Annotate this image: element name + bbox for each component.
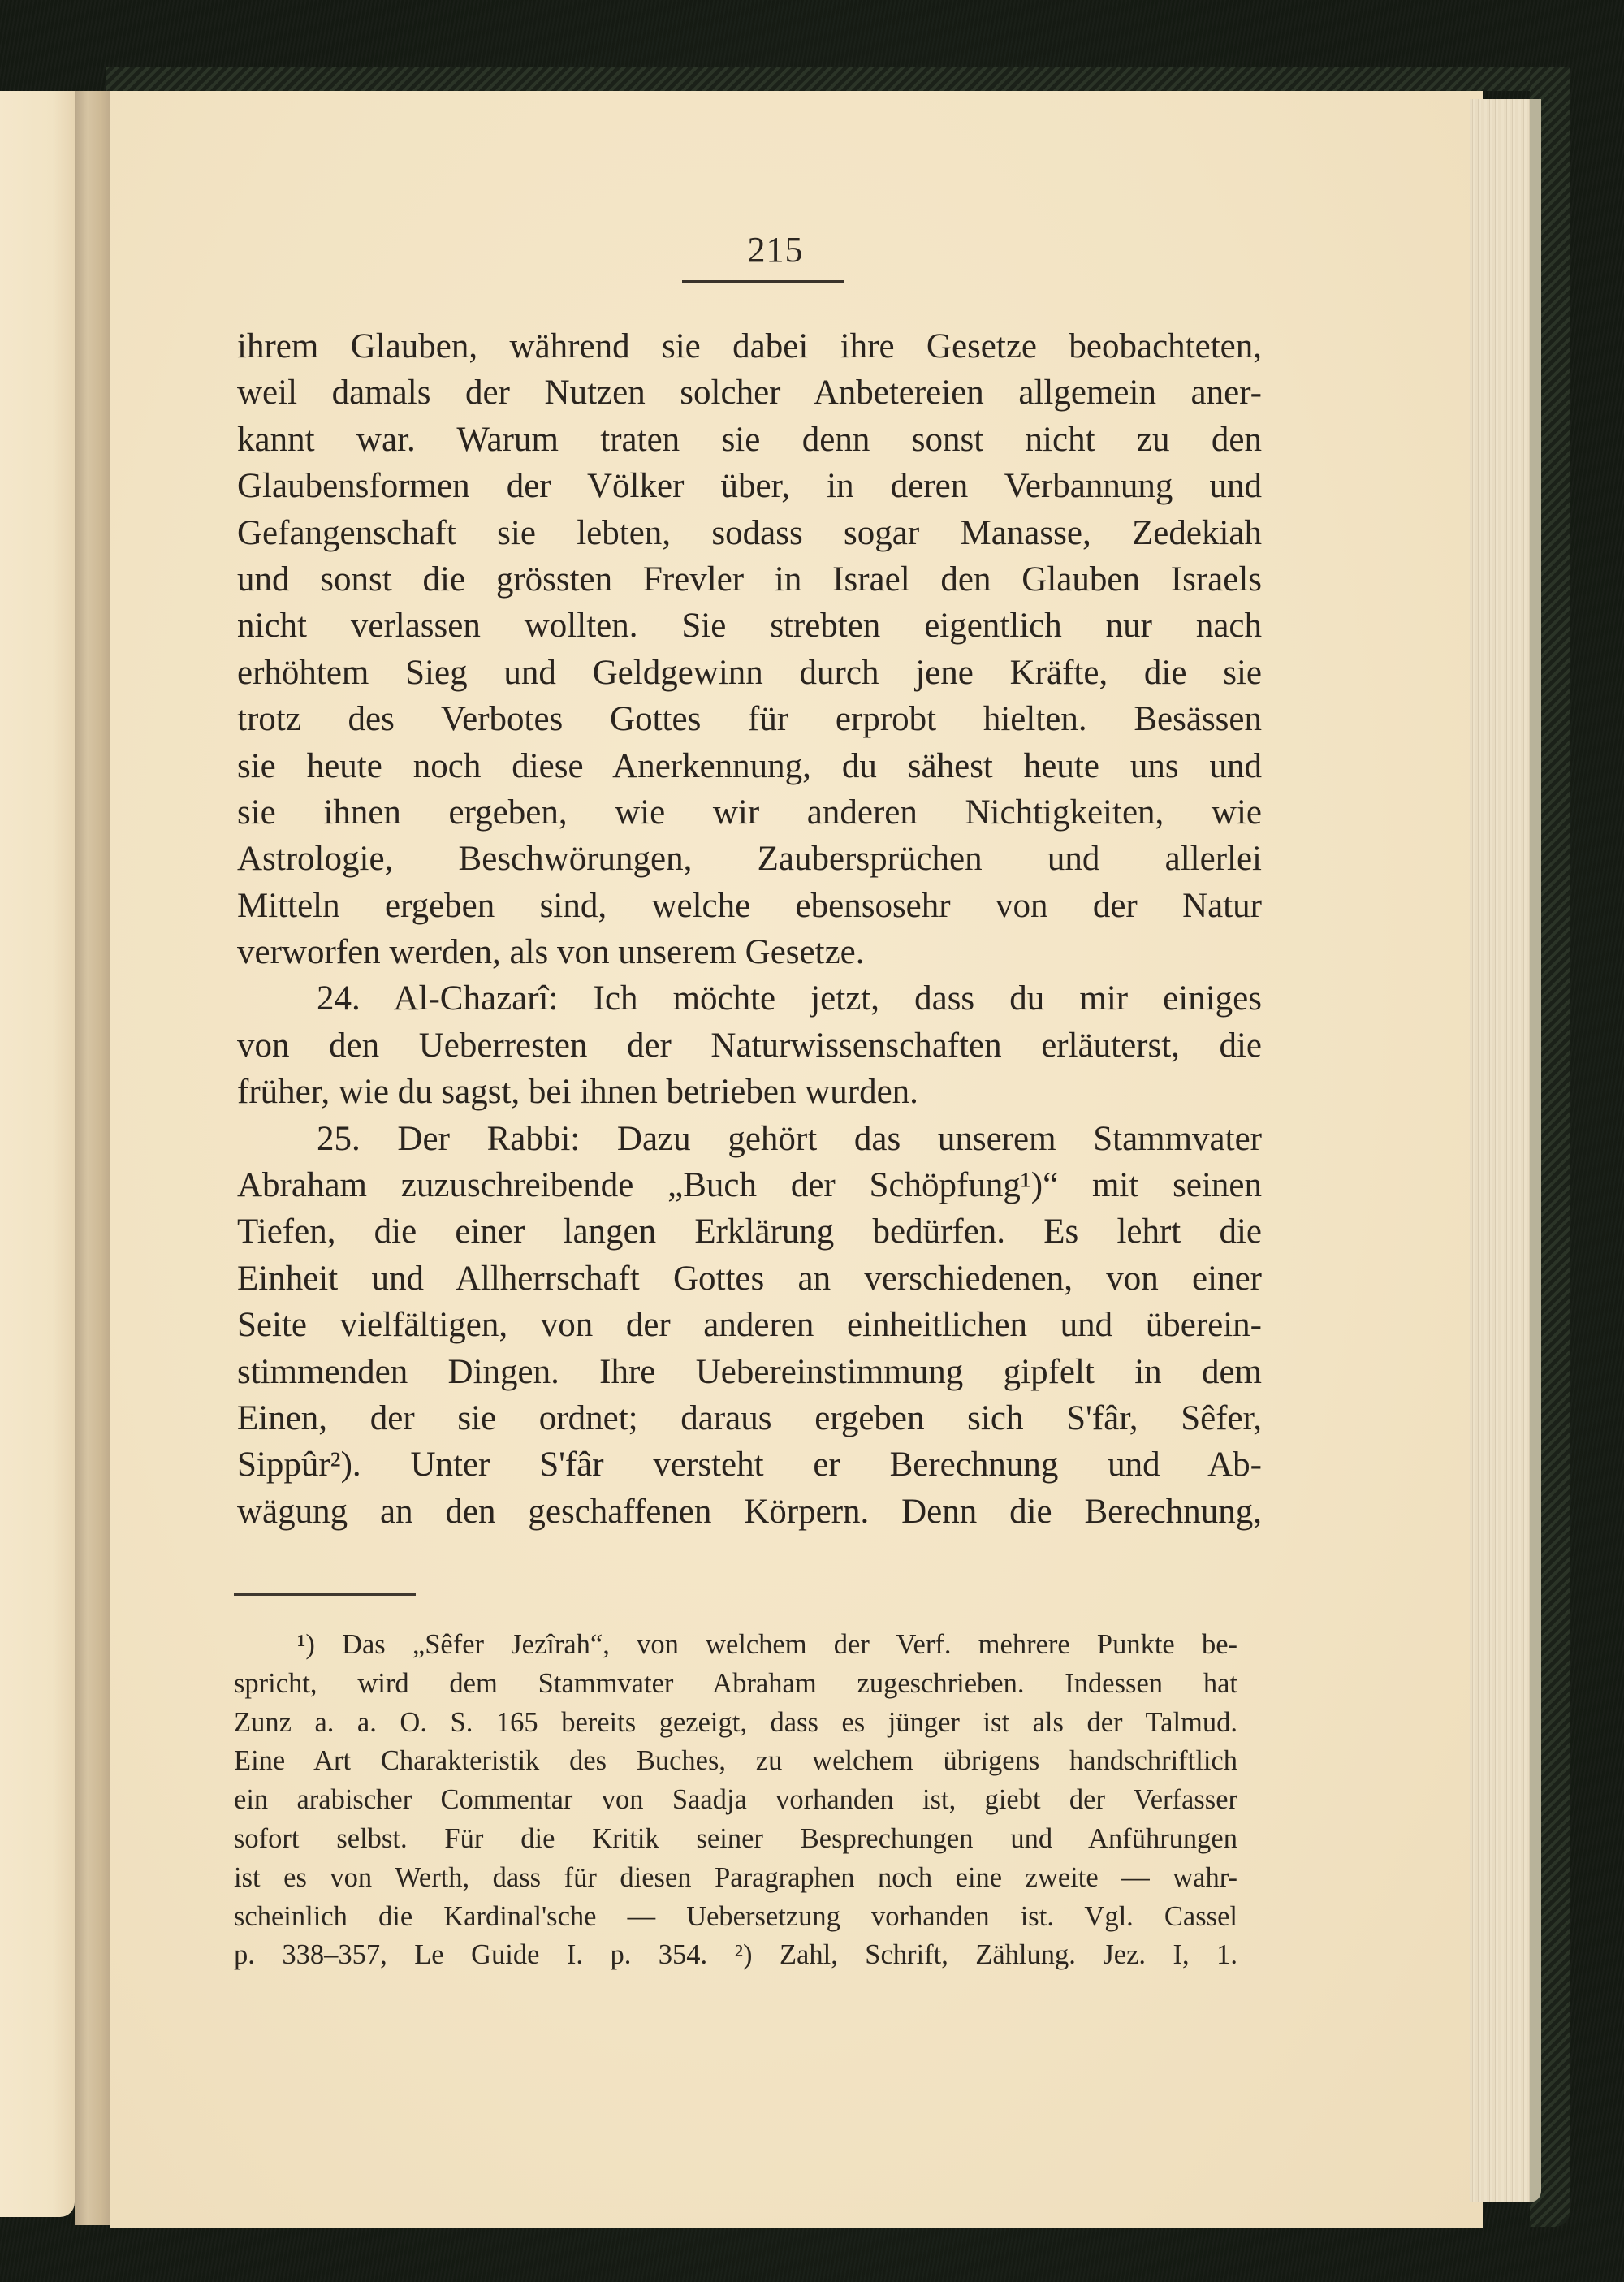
footnote-line: sofort selbst. Für die Kritik seiner Bes… <box>234 1820 1237 1859</box>
page-fore-edge <box>1470 99 1541 2202</box>
body-line: Einheit und Allherrschaft Gottes an vers… <box>237 1256 1262 1302</box>
body-line: und sonst die grössten Frevler in Israel… <box>237 556 1262 603</box>
page-number-rule <box>682 280 844 283</box>
paragraph-24-start: 24. Al-Chazarî: Ich möchte jetzt, dass d… <box>237 975 1262 1022</box>
body-line: sie ihnen ergeben, wie wir anderen Nicht… <box>237 789 1262 836</box>
body-line: früher, wie du sagst, bei ihnen betriebe… <box>237 1069 1262 1115</box>
body-line: Gefangenschaft sie lebten, sodass sogar … <box>237 510 1262 556</box>
body-line: trotz des Verbotes Gottes für erprobt hi… <box>237 696 1262 742</box>
body-line: ihrem Glauben, während sie dabei ihre Ge… <box>237 323 1262 370</box>
footnote-1-start: ¹) Das „Sêfer Jezîrah“, von welchem der … <box>234 1626 1237 1665</box>
body-text: ihrem Glauben, während sie dabei ihre Ge… <box>237 323 1262 1535</box>
body-line: Tiefen, die einer langen Erklärung bedür… <box>237 1208 1262 1255</box>
body-line: nicht verlassen wollten. Sie strebten ei… <box>237 603 1262 649</box>
footnote-line: ein arabischer Commentar von Saadja vorh… <box>234 1781 1237 1820</box>
footnotes: ¹) Das „Sêfer Jezîrah“, von welchem der … <box>234 1626 1237 1975</box>
footnote-line: Eine Art Charakteristik des Buches, zu w… <box>234 1742 1237 1781</box>
footnote-line: scheinlich die Kardinal'sche — Uebersetz… <box>234 1898 1237 1937</box>
body-line: stimmenden Dingen. Ihre Uebereinstimmung… <box>237 1349 1262 1395</box>
body-line: von den Ueberresten der Naturwissenschaf… <box>237 1022 1262 1069</box>
paragraph-25-start: 25. Der Rabbi: Dazu gehört das unserem S… <box>237 1116 1262 1162</box>
footnote-line: Zunz a. a. O. S. 165 bereits gezeigt, da… <box>234 1704 1237 1743</box>
footnote-line-with-footnote-2: p. 338–357, Le Guide I. p. 354. ²) Zahl,… <box>234 1936 1237 1975</box>
body-line: sie heute noch diese Anerkennung, du säh… <box>237 743 1262 789</box>
body-line: Mitteln ergeben sind, welche ebensosehr … <box>237 883 1262 929</box>
body-line: wägung an den geschaffenen Körpern. Denn… <box>237 1489 1262 1535</box>
body-line: Abraham zuzuschreibende „Buch der Schöpf… <box>237 1162 1262 1208</box>
body-line: Seite vielfältigen, von der anderen einh… <box>237 1302 1262 1348</box>
body-line: Astrologie, Beschwörungen, Zaubersprüche… <box>237 836 1262 882</box>
body-line: Sippûr²). Unter S'fâr versteht er Berech… <box>237 1441 1262 1488</box>
binding-edge-top <box>106 67 1551 91</box>
body-line: erhöhtem Sieg und Geldgewinn durch jene … <box>237 650 1262 696</box>
footnote-separator <box>234 1593 416 1596</box>
body-line: weil damals der Nutzen solcher Anbeterei… <box>237 370 1262 416</box>
left-page-margin <box>0 91 75 2217</box>
body-line: Einen, der sie ordnet; daraus ergeben si… <box>237 1395 1262 1441</box>
book-gutter <box>75 91 112 2225</box>
body-line: verworfen werden, als von unserem Gesetz… <box>237 929 1262 975</box>
body-line: Glaubensformen der Völker über, in deren… <box>237 463 1262 509</box>
footnote-line: spricht, wird dem Stammvater Abraham zug… <box>234 1665 1237 1704</box>
body-line: kannt war. Warum traten sie denn sonst n… <box>237 417 1262 463</box>
footnote-line: ist es von Werth, dass für diesen Paragr… <box>234 1859 1237 1898</box>
page-number: 215 <box>694 229 857 270</box>
